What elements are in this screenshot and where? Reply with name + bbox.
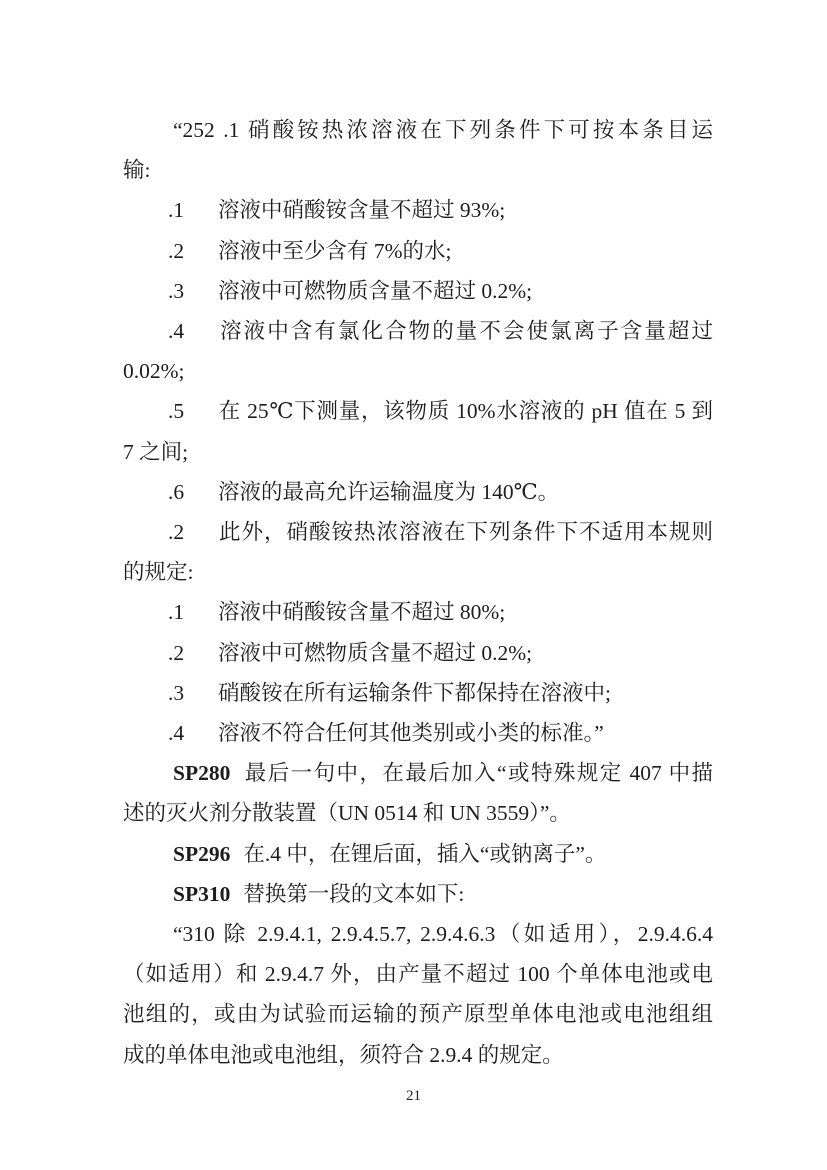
doc-line-21: “310 除 2.9.4.1, 2.9.4.5.7, 2.9.4.6.3（如适用…: [123, 914, 713, 954]
item-marker: .5: [168, 391, 218, 431]
line-text: 最后一句中，在最后加入“或特殊规定 407 中描: [243, 761, 713, 785]
doc-line-07: 0.02%;: [123, 351, 713, 391]
item-marker: .3: [168, 271, 218, 311]
doc-line-13: .1溶液中硝酸铵含量不超过 80%;: [123, 592, 713, 632]
document-page: “252 .1 硝酸铵热浓溶液在下列条件下可按本条目运 输: .1溶液中硝酸铵含…: [0, 0, 827, 1170]
item-marker: .6: [168, 472, 218, 512]
doc-line-10: .6溶液的最高允许运输温度为 140℃。: [123, 472, 713, 512]
line-text: 硝酸铵在所有运输条件下都保持在溶液中;: [218, 681, 611, 705]
item-marker: .4: [168, 311, 218, 351]
sp296-label: SP296: [173, 842, 230, 866]
item-marker: .2: [168, 512, 218, 552]
doc-line-06: .4溶液中含有氯化合物的量不会使氯离子含量超过: [123, 311, 713, 351]
line-text: 溶液中硝酸铵含量不超过 93%;: [218, 198, 505, 222]
page-number: 21: [0, 1087, 827, 1105]
doc-line-17: SP280最后一句中，在最后加入“或特殊规定 407 中描: [123, 753, 713, 793]
doc-line-22: （如适用）和 2.9.4.7 外，由产量不超过 100 个单体电池或电: [123, 954, 713, 994]
doc-line-08: .5在 25℃下测量，该物质 10%水溶液的 pH 值在 5 到: [123, 391, 713, 431]
line-text: “252 .1 硝酸铵热浓溶液在下列条件下可按本条目运: [173, 118, 713, 142]
line-text: “310 除 2.9.4.1, 2.9.4.5.7, 2.9.4.6.3（如适用…: [173, 922, 713, 946]
doc-line-09: 7 之间;: [123, 432, 713, 472]
line-text: 溶液中至少含有 7%的水;: [218, 239, 452, 263]
line-text: 池组的，或由为试验而运输的预产原型单体电池或电池组组: [123, 1002, 713, 1026]
line-text: 溶液中可燃物质含量不超过 0.2%;: [218, 279, 532, 303]
doc-line-12: 的规定:: [123, 552, 713, 592]
document-body: “252 .1 硝酸铵热浓溶液在下列条件下可按本条目运 输: .1溶液中硝酸铵含…: [123, 110, 713, 1075]
line-text: 7 之间;: [123, 440, 188, 464]
line-text: 述的灭火剂分散装置（UN 0514 和 UN 3559）”。: [123, 801, 571, 825]
item-marker: .4: [168, 713, 218, 753]
doc-line-11: .2此外，硝酸铵热浓溶液在下列条件下不适用本规则: [123, 512, 713, 552]
doc-line-23: 池组的，或由为试验而运输的预产原型单体电池或电池组组: [123, 994, 713, 1034]
doc-line-24: 成的单体电池或电池组，须符合 2.9.4 的规定。: [123, 1035, 713, 1075]
item-marker: .3: [168, 673, 218, 713]
doc-line-01: “252 .1 硝酸铵热浓溶液在下列条件下可按本条目运: [123, 110, 713, 150]
line-text: 在 25℃下测量，该物质 10%水溶液的 pH 值在 5 到: [218, 399, 713, 423]
line-text: 溶液中硝酸铵含量不超过 80%;: [218, 600, 505, 624]
sp310-label: SP310: [173, 882, 230, 906]
doc-line-16: .4溶液不符合任何其他类别或小类的标准。”: [123, 713, 713, 753]
item-marker: .2: [168, 633, 218, 673]
doc-line-15: .3硝酸铵在所有运输条件下都保持在溶液中;: [123, 673, 713, 713]
line-text: 溶液的最高允许运输温度为 140℃。: [218, 480, 559, 504]
item-marker: .1: [168, 592, 218, 632]
doc-line-02: 输:: [123, 150, 713, 190]
sp280-label: SP280: [173, 761, 230, 785]
doc-line-14: .2溶液中可燃物质含量不超过 0.2%;: [123, 633, 713, 673]
item-marker: .2: [168, 231, 218, 271]
doc-line-19: SP296在.4 中，在锂后面，插入“或钠离子”。: [123, 834, 713, 874]
line-text: 溶液中含有氯化合物的量不会使氯离子含量超过: [218, 319, 713, 343]
doc-line-05: .3溶液中可燃物质含量不超过 0.2%;: [123, 271, 713, 311]
doc-line-03: .1溶液中硝酸铵含量不超过 93%;: [123, 190, 713, 230]
line-text: 0.02%;: [123, 359, 185, 383]
doc-line-04: .2溶液中至少含有 7%的水;: [123, 231, 713, 271]
line-text: 替换第一段的文本如下:: [243, 882, 464, 906]
line-text: 溶液中可燃物质含量不超过 0.2%;: [218, 641, 532, 665]
doc-line-20: SP310替换第一段的文本如下:: [123, 874, 713, 914]
line-text: 在.4 中，在锂后面，插入“或钠离子”。: [243, 842, 606, 866]
doc-line-18: 述的灭火剂分散装置（UN 0514 和 UN 3559）”。: [123, 793, 713, 833]
line-text: 溶液不符合任何其他类别或小类的标准。”: [218, 721, 604, 745]
line-text: 成的单体电池或电池组，须符合 2.9.4 的规定。: [123, 1043, 564, 1067]
line-text: 此外，硝酸铵热浓溶液在下列条件下不适用本规则: [218, 520, 713, 544]
line-text: 的规定:: [123, 560, 193, 584]
line-text: 输:: [123, 158, 150, 182]
item-marker: .1: [168, 190, 218, 230]
line-text: （如适用）和 2.9.4.7 外，由产量不超过 100 个单体电池或电: [123, 962, 713, 986]
